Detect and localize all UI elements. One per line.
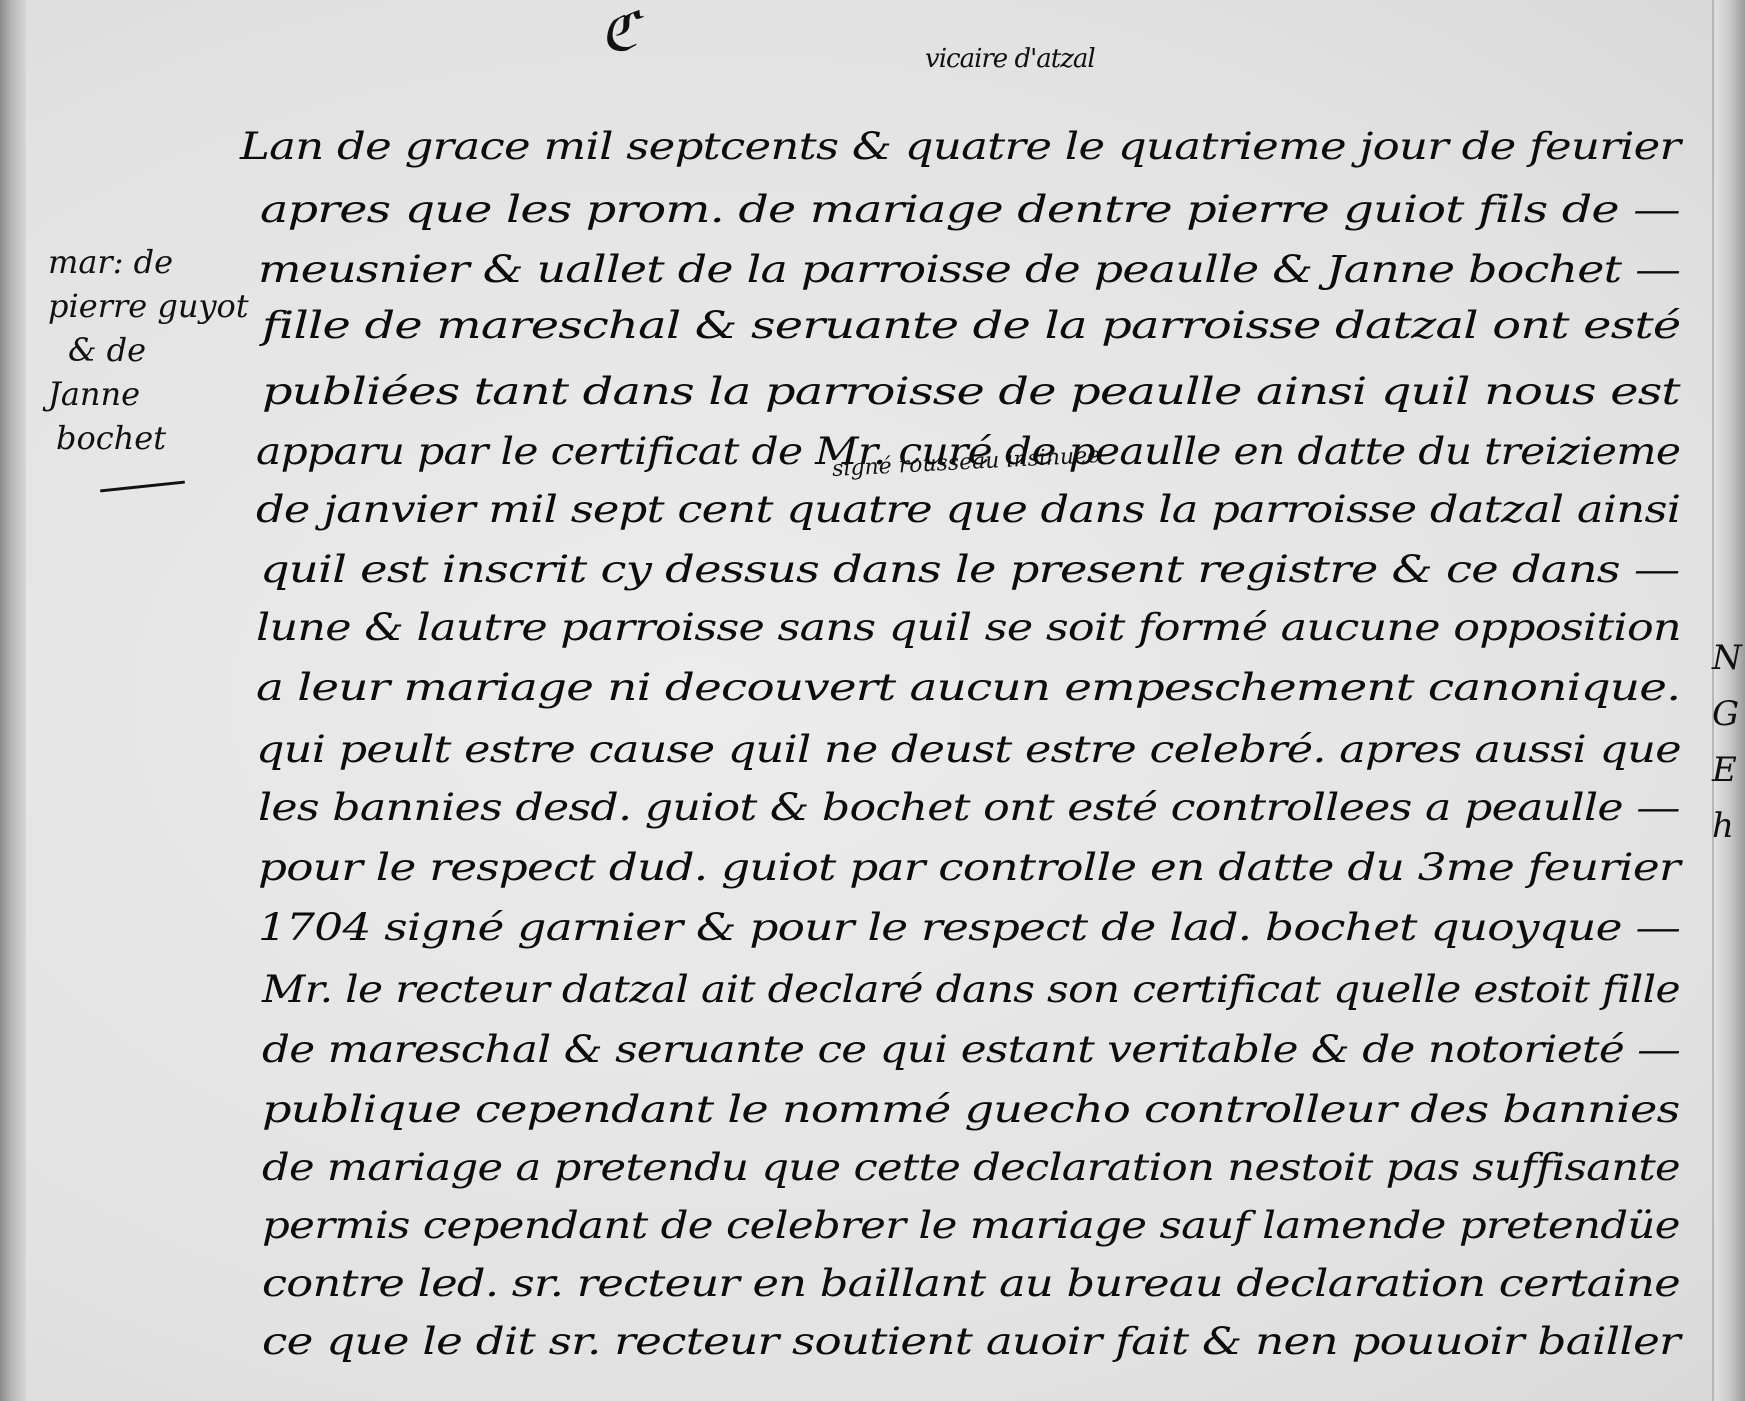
right-margin-fragment: N G E h <box>1712 630 1745 854</box>
text-line: de janvier mil sept cent quatre que dans… <box>256 488 1680 531</box>
text-line: meusnier & uallet de la parroisse de pea… <box>258 248 1680 291</box>
signature-flourish: ℭ <box>600 0 638 63</box>
margin-note-line: mar: de <box>48 240 248 284</box>
margin-note-line: & de <box>48 328 248 372</box>
right-margin-glyph: G <box>1712 686 1745 742</box>
page-left-edge-shadow <box>0 0 26 1401</box>
text-line: permis cependant de celebrer le mariage … <box>262 1204 1680 1247</box>
text-line: de mareschal & seruante ce qui estant ve… <box>262 1028 1680 1071</box>
document-page: ℭ vicaire d'atzal mar: de pierre guyot &… <box>0 0 1745 1401</box>
signature-text: vicaire d'atzal <box>925 44 1095 74</box>
margin-note-line: pierre guyot <box>48 284 248 328</box>
text-line: publiées tant dans la parroisse de peaul… <box>262 370 1680 413</box>
text-line: les bannies desd. guiot & bochet ont est… <box>258 786 1680 829</box>
text-line: qui peult estre cause quil ne deust estr… <box>256 728 1681 771</box>
text-line: lune & lautre parroisse sans quil se soi… <box>256 606 1681 649</box>
text-line: Mr. le recteur datzal ait declaré dans s… <box>262 968 1680 1011</box>
text-line: a leur mariage ni decouvert aucun empesc… <box>256 666 1680 709</box>
right-margin-glyph: E <box>1712 742 1745 798</box>
text-line: ce que le dit sr. recteur soutient auoir… <box>262 1320 1680 1363</box>
text-line: apres que les prom. de mariage dentre pi… <box>260 188 1680 231</box>
margin-note-underline <box>100 481 185 493</box>
margin-note: mar: de pierre guyot & de Janne bochet <box>48 240 248 460</box>
margin-note-line: bochet <box>48 416 248 460</box>
text-line: fille de mareschal & seruante de la parr… <box>262 304 1680 347</box>
right-margin-glyph: N <box>1712 630 1745 686</box>
text-line: apparu par le certificat de Mr. curé de … <box>256 430 1680 473</box>
text-line: pour le respect dud. guiot par controlle… <box>258 846 1680 889</box>
text-line: de mariage a pretendu que cette declarat… <box>262 1146 1680 1189</box>
text-line: quil est inscrit cy dessus dans le prese… <box>260 548 1679 591</box>
right-margin-glyph: h <box>1712 798 1745 854</box>
text-line: contre led. sr. recteur en baillant au b… <box>262 1262 1680 1305</box>
text-line: publique cependant le nommé guecho contr… <box>262 1088 1680 1131</box>
margin-note-line: Janne <box>48 372 248 416</box>
text-line: Lan de grace mil septcents & quatre le q… <box>240 125 1680 168</box>
text-line: 1704 signé garnier & pour le respect de … <box>258 906 1680 949</box>
